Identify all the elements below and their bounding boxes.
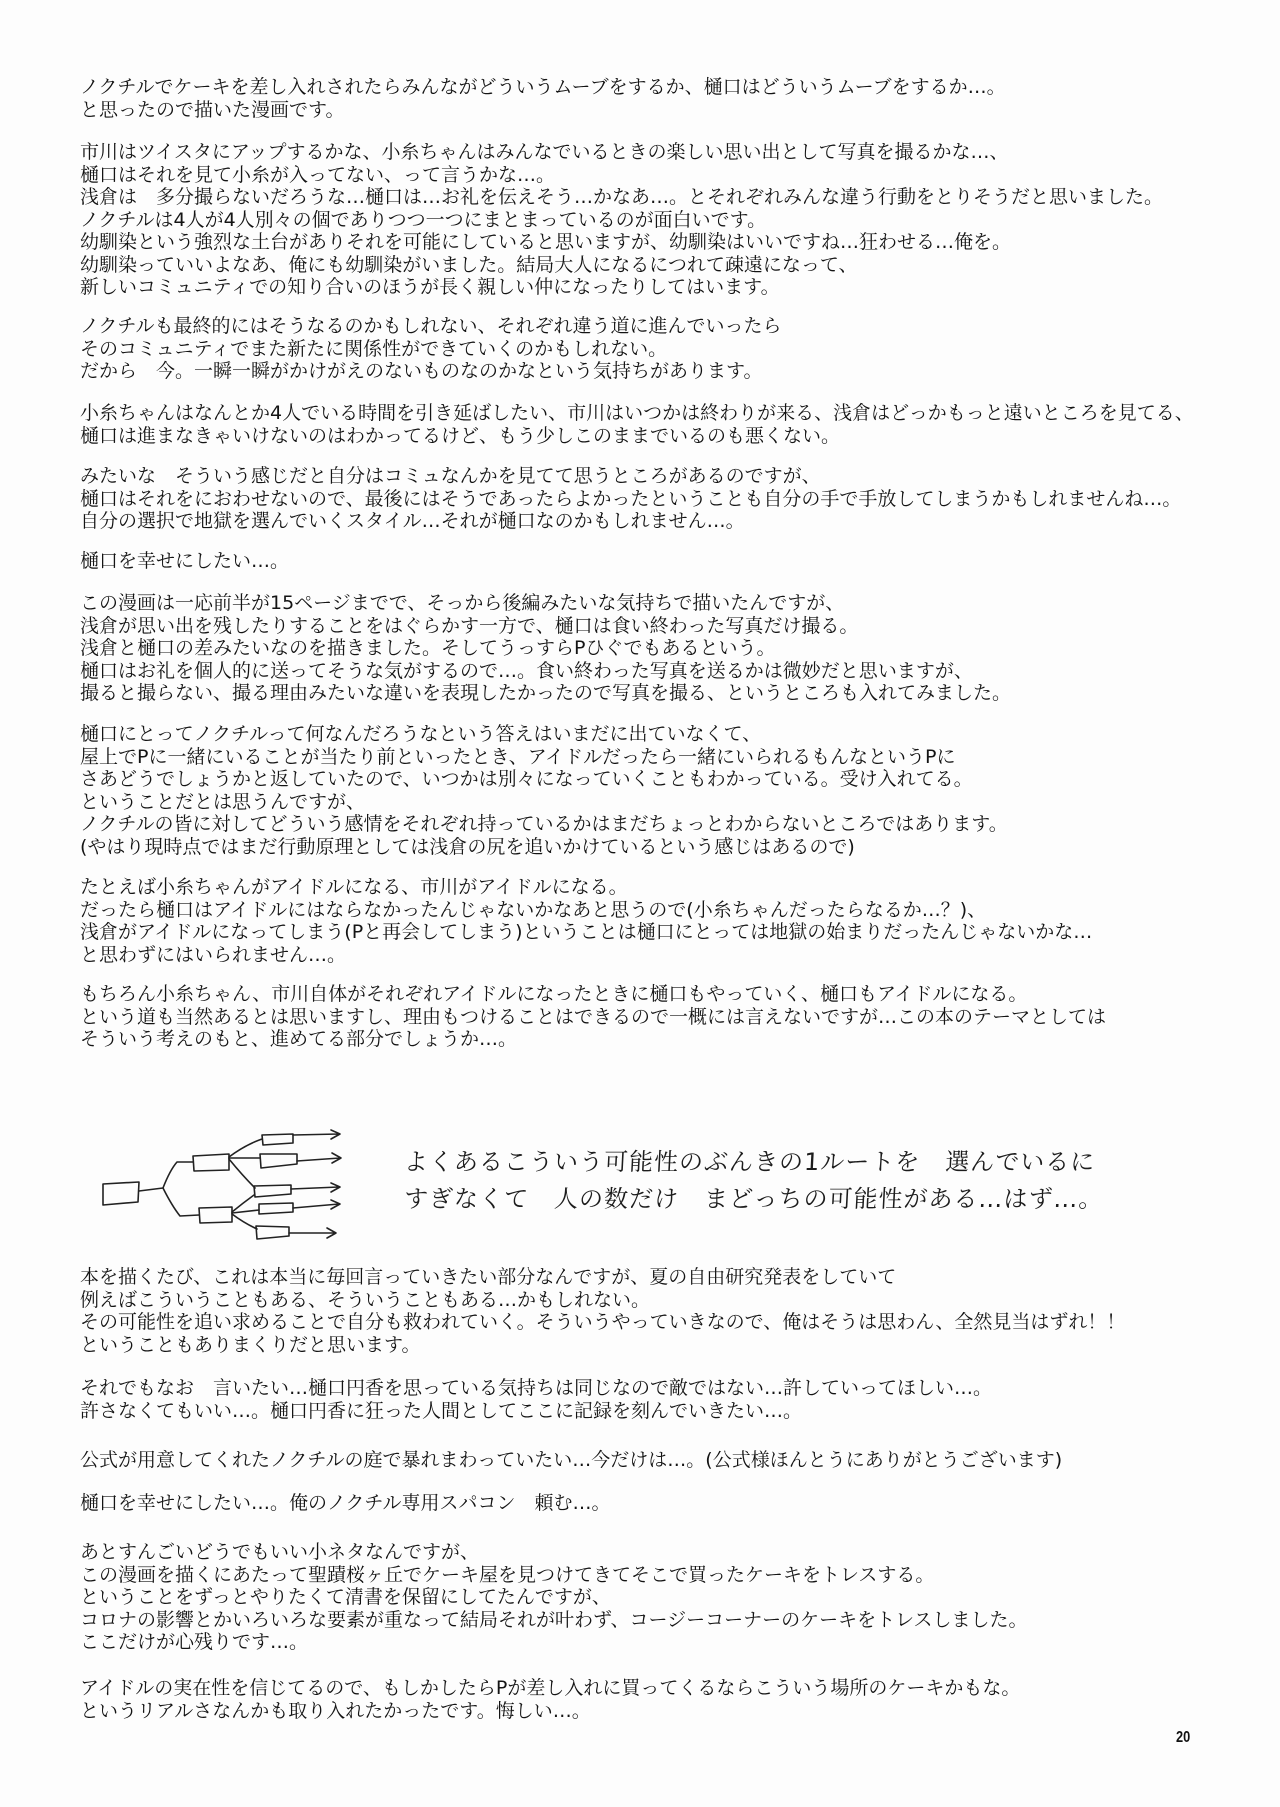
diagram-arrow xyxy=(293,1130,340,1139)
text-line: ということもありまくりだと思います。 xyxy=(80,1334,1125,1357)
diagram-leaf-box xyxy=(256,1226,289,1239)
diagram-connector xyxy=(139,1188,163,1191)
paragraph-higuchi-style: みたいな そういう感じだと自分はコミュなんかを見てて思うところがあるのですが、 … xyxy=(80,465,1181,533)
text-line: 幼馴染という強烈な土台がありそれを可能にしていると思いますが、幼馴染はいいですね… xyxy=(80,231,1163,254)
paragraph-members: 市川はツイスタにアップするかな、小糸ちゃんはみんなでいるときの楽しい思い出として… xyxy=(80,141,1163,299)
text-line: というリアルさなんかも取り入れたかったです。悔しい…。 xyxy=(80,1700,1020,1723)
diagram-connector xyxy=(229,1159,255,1188)
text-line: 樋口にとってノクチルって何なんだろうなという答えはいまだに出ていなくて、 xyxy=(80,723,1008,746)
text-line: 樋口を幸せにしたい…。俺のノクチル専用スパコン 頼む…。 xyxy=(80,1492,610,1515)
text-line: アイドルの実在性を信じてるので、もしかしたらPが差し入れに買ってくるならこういう… xyxy=(80,1677,1020,1700)
text-line: 浅倉が思い出を残したりすることをはぐらかす一方で、樋口は食い終わった写真だけ撮る… xyxy=(80,615,1011,638)
text-line: ということだとは思うんですが、 xyxy=(80,791,1008,814)
diagram-root-box xyxy=(103,1182,139,1205)
text-line: 樋口は進まなきゃいけないのはわかってるけど、もう少しこのままでいるのも悪くない。 xyxy=(80,425,1194,448)
paragraph-future: ノクチルも最終的にはそうなるのかもしれない、それぞれ違う道に進んでいったら その… xyxy=(80,315,781,383)
paragraph-each-member: 小糸ちゃんはなんとか4人でいる時間を引き延ばしたい、市川はいつかは終わりが来る、… xyxy=(80,402,1194,447)
text-line: だったら樋口はアイドルにはならなかったんじゃないかなあと思うので(小糸ちゃんだっ… xyxy=(80,899,1092,922)
diagram-connector xyxy=(232,1214,257,1229)
text-line: 浅倉がアイドルになってしまう(Pと再会してしまう)ということは樋口にとっては地獄… xyxy=(80,921,1092,944)
text-line: 許さなくてもいい…。樋口円香に狂った人間としてここに記録を刻んでいきたい…。 xyxy=(80,1400,992,1423)
text-line: (やはり現時点ではまだ行動原理としては浅倉の尻を追いかけているという感じはあるの… xyxy=(80,836,1008,859)
text-line: 樋口はお礼を個人的に送ってそうな気がするので…。食い終わった写真を送るかは微妙だ… xyxy=(80,660,1011,683)
paragraph-supercomputer: 樋口を幸せにしたい…。俺のノクチル専用スパコン 頼む…。 xyxy=(80,1492,610,1515)
diagram-branch-box xyxy=(199,1207,232,1223)
paragraph-cake-trivia: あとすんごいどうでもいい小ネタなんですが、 この漫画を描くにあたって聖蹟桜ヶ丘で… xyxy=(80,1541,1028,1654)
text-line: 撮ると撮らない、撮る理由みたいな違いを表現したかったので写真を撮る、というところ… xyxy=(80,682,1011,705)
diagram-connector xyxy=(229,1139,262,1157)
text-line: と思ったので描いた漫画です。 xyxy=(80,99,1006,122)
text-line: と思わずにはいられません…。 xyxy=(80,944,1092,967)
paragraph-manga-structure: この漫画は一応前半が15ページまでで、そっから後編みたいな気持ちで描いたんですが… xyxy=(80,592,1011,705)
text-line: ノクチルは4人が4人別々の個でありつつ一つにまとまっているのが面白いです。 xyxy=(80,209,1163,232)
text-line: この漫画は一応前半が15ページまでで、そっから後編みたいな気持ちで描いたんですが… xyxy=(80,592,1011,615)
handwritten-line: よくあるこういう可能性のぶんきの1ルートを 選んでいるに xyxy=(403,1144,1104,1181)
handwritten-note: よくあるこういう可能性のぶんきの1ルートを 選んでいるに すぎなくて 人の数だけ… xyxy=(404,1144,1104,1218)
text-line: 樋口を幸せにしたい…。 xyxy=(80,550,289,573)
text-line: たとえば小糸ちゃんがアイドルになる、市川がアイドルになる。 xyxy=(80,876,1092,899)
text-line: この漫画を描くにあたって聖蹟桜ヶ丘でケーキ屋を見つけてきてそこで買ったケーキをト… xyxy=(80,1564,1028,1587)
diagram-connector xyxy=(163,1188,199,1216)
paragraph-noctchill-meaning: 樋口にとってノクチルって何なんだろうなという答えはいまだに出ていなくて、 屋上で… xyxy=(80,723,1008,858)
text-line: そういう考えのもと、進めてる部分でしょうか…。 xyxy=(80,1028,1106,1051)
paragraph-record: それでもなお 言いたい…樋口円香を思っている気持ちは同じなので敵ではない…許して… xyxy=(80,1377,992,1422)
diagram-leaf-box xyxy=(259,1203,293,1214)
paragraph-realism: アイドルの実在性を信じてるので、もしかしたらPが差し入れに買ってくるならこういう… xyxy=(80,1677,1020,1722)
text-line: 例えばこういうこともある、そういうこともある…かもしれない。 xyxy=(80,1289,1125,1312)
text-line: もちろん小糸ちゃん、市川自体がそれぞれアイドルになったときに樋口もやっていく、樋… xyxy=(80,983,1106,1006)
paragraph-theme: もちろん小糸ちゃん、市川自体がそれぞれアイドルになったときに樋口もやっていく、樋… xyxy=(80,983,1106,1051)
paragraph-official-thanks: 公式が用意してくれたノクチルの庭で暴れまわっていたい…今だけは…。(公式様ほんと… xyxy=(80,1449,1062,1472)
diagram-arrow xyxy=(291,1183,340,1192)
paragraph-intro: ノクチルでケーキを差し入れされたらみんながどういうムーブをするか、樋口はどういう… xyxy=(80,76,1006,121)
text-line: あとすんごいどうでもいい小ネタなんですが、 xyxy=(80,1541,1028,1564)
diagram-connector xyxy=(232,1210,259,1213)
text-line: 樋口はそれを見て小糸が入ってない、って言うかな…。 xyxy=(80,164,1163,187)
text-line: 市川はツイスタにアップするかな、小糸ちゃんはみんなでいるときの楽しい思い出として… xyxy=(80,141,1163,164)
text-line: コロナの影響とかいろいろな要素が重なって結局それが叶わず、コージーコーナーのケー… xyxy=(80,1609,1028,1632)
diagram-leaf-box xyxy=(262,1134,293,1145)
diagram-arrow xyxy=(289,1228,336,1238)
text-line: さあどうでしょうかと返していたので、いつかは別々になっていくこともわかっている。… xyxy=(80,768,1008,791)
paragraph-idol-path: たとえば小糸ちゃんがアイドルになる、市川がアイドルになる。 だったら樋口はアイド… xyxy=(80,876,1092,966)
text-line: 本を描くたび、これは本当に毎回言っていきたい部分なんですが、夏の自由研究発表をし… xyxy=(80,1266,1125,1289)
diagram-connector xyxy=(232,1195,254,1212)
text-line: ということをずっとやりたくて清書を保留にしてたんですが、 xyxy=(80,1586,1028,1609)
text-line: 樋口はそれをにおわせないので、最後にはそうであったらよかったということも自分の手… xyxy=(80,488,1181,511)
text-line: 公式が用意してくれたノクチルの庭で暴れまわっていたい…今だけは…。(公式様ほんと… xyxy=(80,1449,1062,1472)
diagram-connector xyxy=(163,1162,193,1188)
text-line: 小糸ちゃんはなんとか4人でいる時間を引き延ばしたい、市川はいつかは終わりが来る、… xyxy=(80,402,1194,425)
diagram-leaf-box xyxy=(260,1154,297,1168)
text-line: その可能性を追い求めることで自分も救われていく。そういうやっていきなので、俺はそ… xyxy=(80,1311,1125,1334)
text-line: ノクチルでケーキを差し入れされたらみんながどういうムーブをするか、樋口はどういう… xyxy=(80,76,1006,99)
text-line: だから 今。一瞬一瞬がかけがえのないものなのかなという気持ちがあります。 xyxy=(80,360,781,383)
diagram-arrow xyxy=(297,1153,341,1163)
text-line: 屋上でPに一緒にいることが当たり前といったとき、アイドルだったら一緒にいられるも… xyxy=(80,746,1008,769)
page-number: 20 xyxy=(1176,1728,1190,1748)
document-page: ノクチルでケーキを差し入れされたらみんながどういうムーブをするか、樋口はどういう… xyxy=(0,0,1280,1807)
text-line: それでもなお 言いたい…樋口円香を思っている気持ちは同じなので敵ではない…許して… xyxy=(80,1377,992,1400)
text-line: ここだけが心残りです…。 xyxy=(80,1631,1028,1654)
text-line: 浅倉は 多分撮らないだろうな…樋口は…お礼を伝えそう…かなあ…。とそれぞれみんな… xyxy=(80,186,1163,209)
diagram-branch-box xyxy=(193,1154,229,1171)
text-line: という道も当然あるとは思いますし、理由もつけることはできるので一概には言えないで… xyxy=(80,1006,1106,1029)
text-line: 浅倉と樋口の差みたいなのを描きました。そしてうっすらPひぐでもあるという。 xyxy=(80,637,1011,660)
diagram-leaf-box xyxy=(254,1185,291,1197)
paragraph-research: 本を描くたび、これは本当に毎回言っていきたい部分なんですが、夏の自由研究発表をし… xyxy=(80,1266,1125,1356)
handwritten-line: すぎなくて 人の数だけ まどっちの可能性がある…はず…。 xyxy=(403,1181,1104,1218)
diagram-arrow xyxy=(293,1200,340,1209)
text-line: 幼馴染っていいよなあ、俺にも幼馴染がいました。結局大人になるにつれて疎遠になって… xyxy=(80,254,1163,277)
text-line: みたいな そういう感じだと自分はコミュなんかを見てて思うところがあるのですが、 xyxy=(80,465,1181,488)
text-line: 自分の選択で地獄を選んでいくスタイル…それが樋口なのかもしれません…。 xyxy=(80,510,1181,533)
text-line: ノクチルの皆に対してどういう感情をそれぞれ持っているかはまだちょっとわからないと… xyxy=(80,813,1008,836)
paragraph-happiness: 樋口を幸せにしたい…。 xyxy=(80,550,289,573)
text-line: 新しいコミュニティでの知り合いのほうが長く親しい仲になったりしてはいます。 xyxy=(80,276,1163,299)
text-line: ノクチルも最終的にはそうなるのかもしれない、それぞれ違う道に進んでいったら xyxy=(80,315,781,338)
text-line: そのコミュニティでまた新たに関係性ができていくのかもしれない。 xyxy=(80,338,781,361)
